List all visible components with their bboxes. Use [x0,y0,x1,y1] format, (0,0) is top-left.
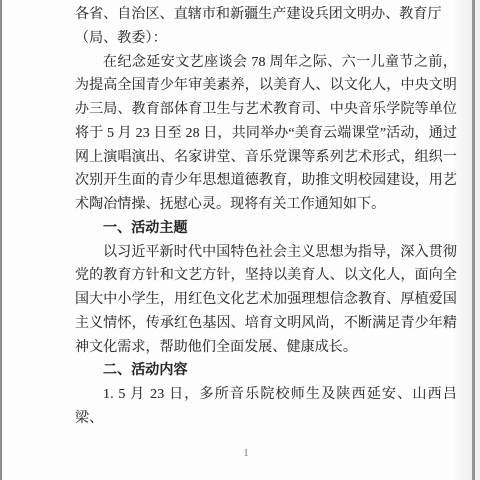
section-2-heading: 二、活动内容 [75,359,457,383]
recipient-line-1: 各省、自治区、直辖市和新疆生产建设兵团文明办、教育厅 [75,3,457,27]
document-body: 各省、自治区、直辖市和新疆生产建设兵团文明办、教育厅 （局、教委）： 在纪念延安… [75,3,457,431]
page-right-margin [475,0,480,480]
page-number: 1 [0,447,480,461]
intro-paragraph: 在纪念延安文艺座谈会 78 周年之际、六一儿童节之前，为提高全国青少年审美素养，… [75,51,457,217]
page-left-edge [0,0,2,480]
section-2-body: 1. 5 月 23 日，多所音乐院校师生及陕西延安、山西吕梁、 [75,383,457,431]
scanned-document-page: 各省、自治区、直辖市和新疆生产建设兵团文明办、教育厅 （局、教委）： 在纪念延安… [0,0,480,480]
section-1-body: 以习近平新时代中国特色社会主义思想为指导，深入贯彻党的教育方针和文艺方针，坚持以… [75,241,457,360]
recipient-line-2: （局、教委）： [75,27,457,51]
section-1-heading: 一、活动主题 [75,217,457,241]
